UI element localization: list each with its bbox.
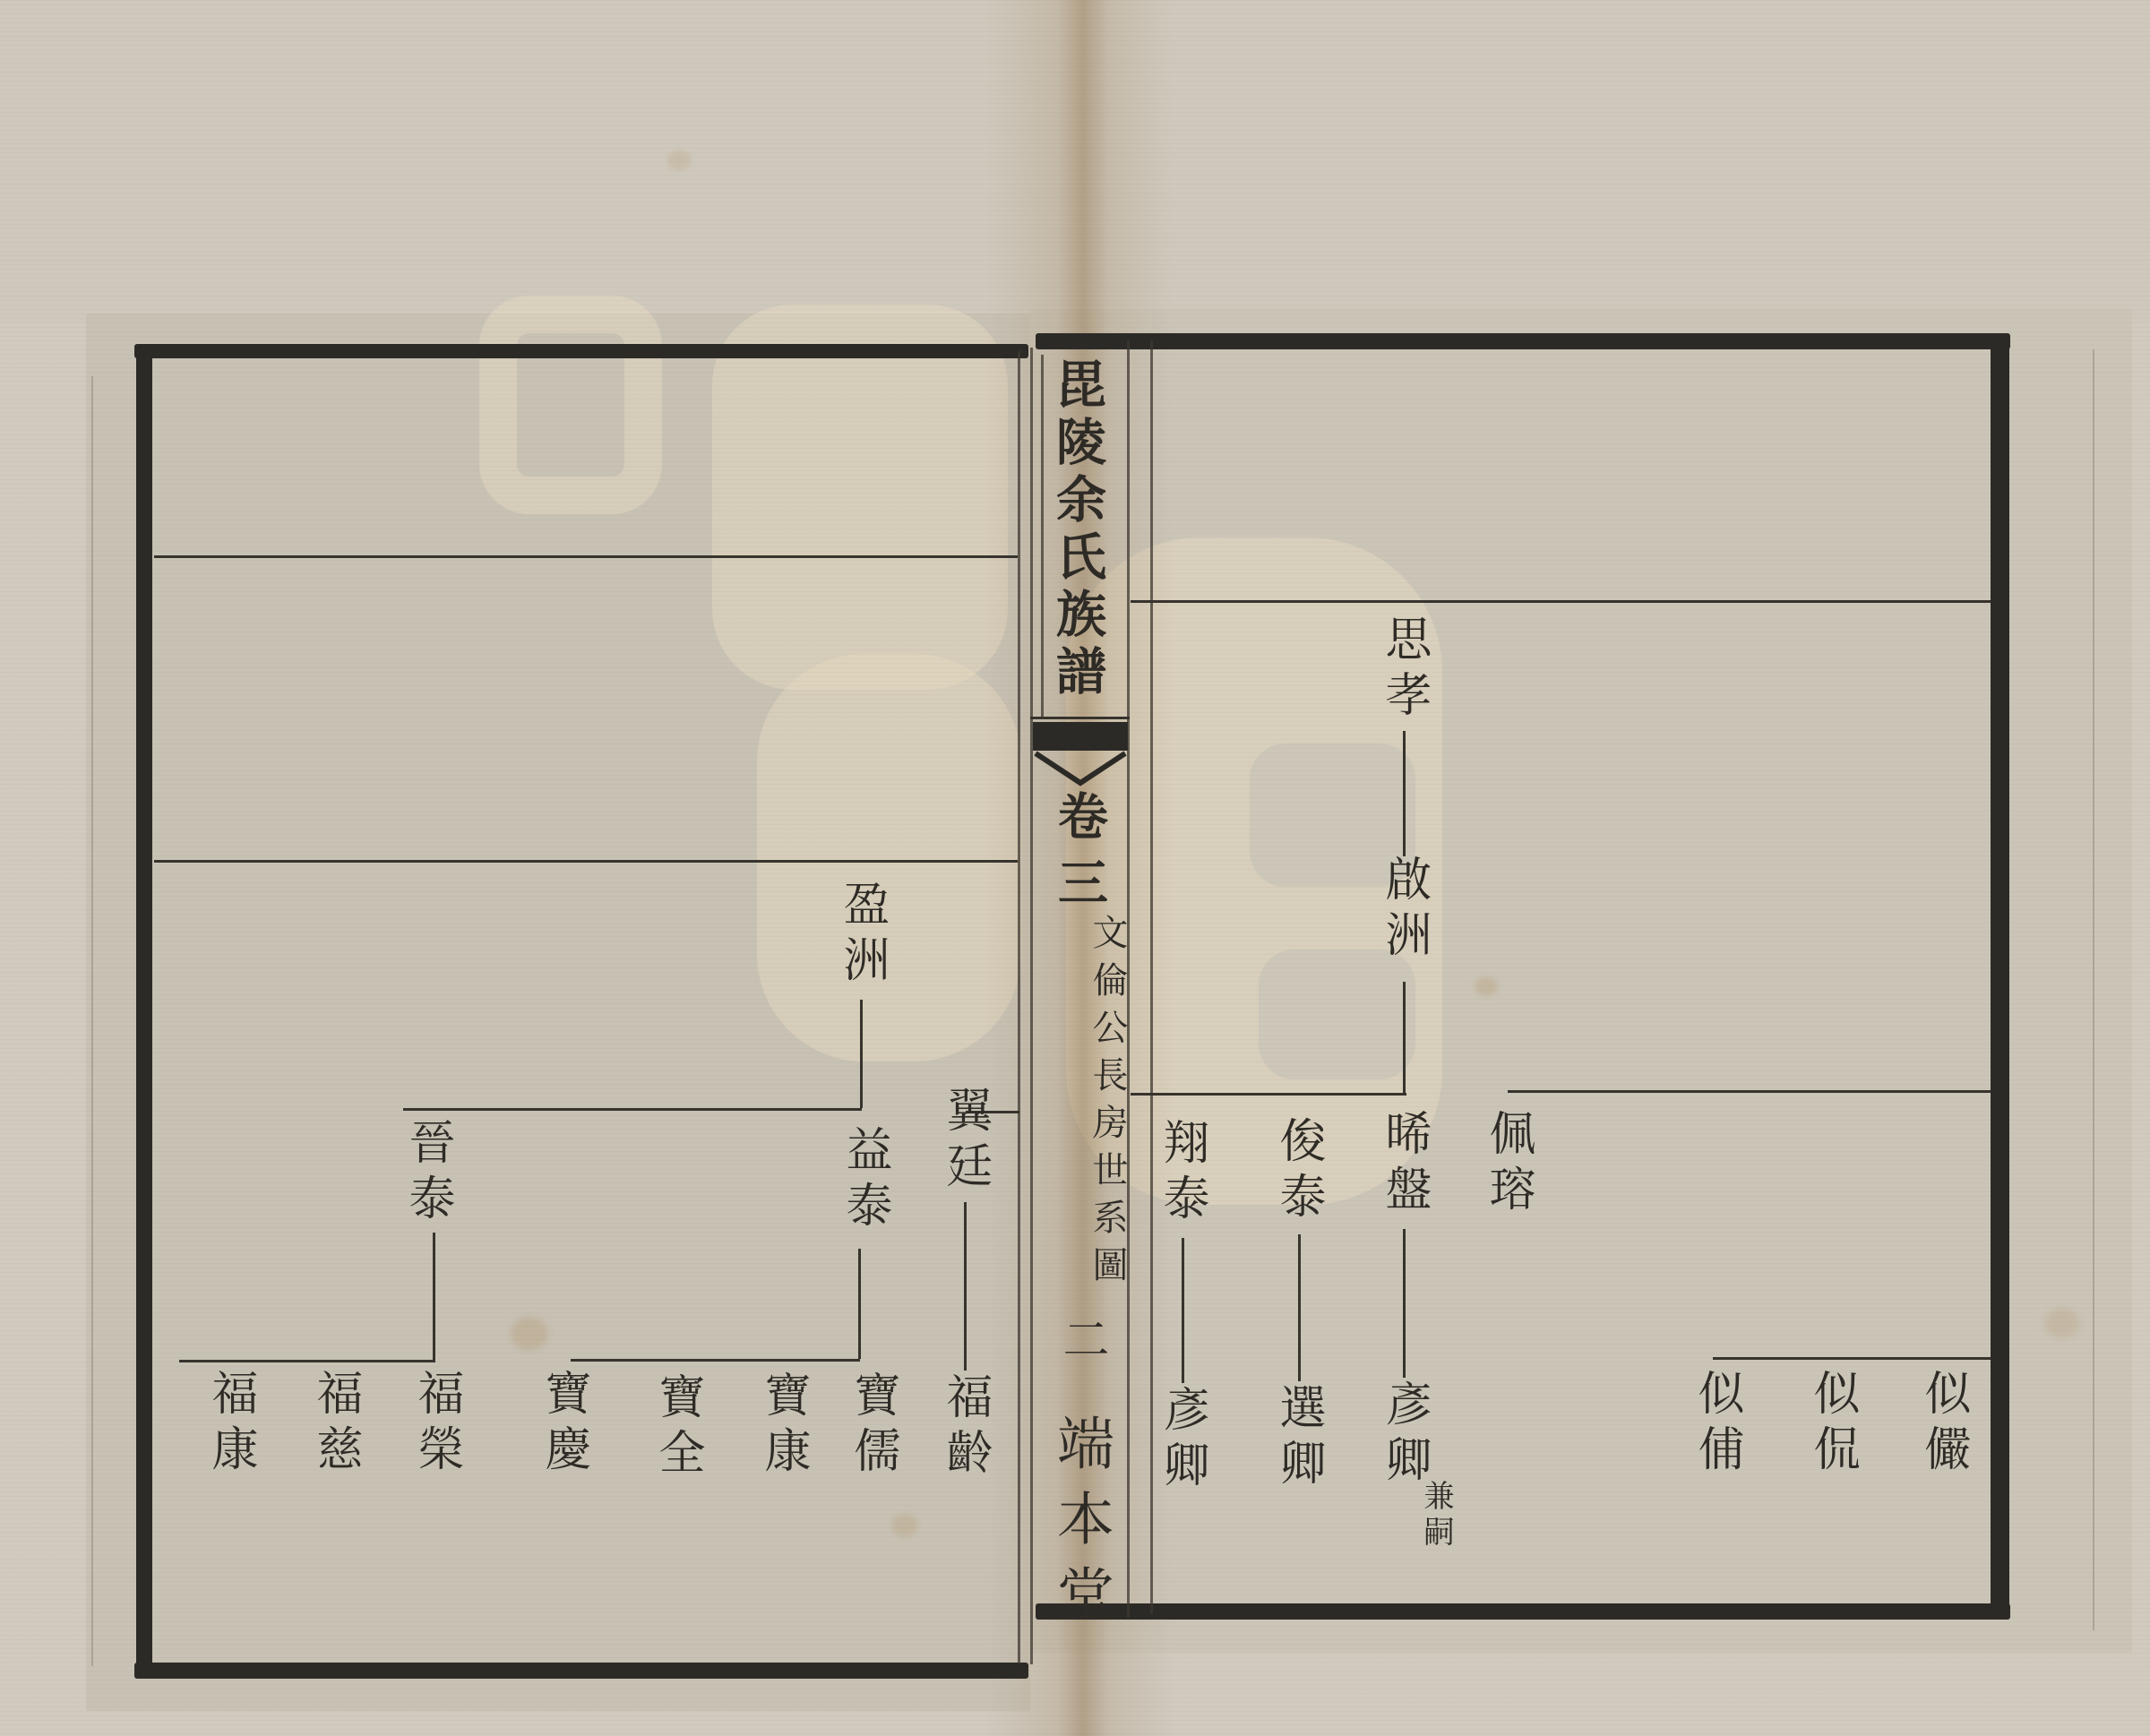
person-name: 寶全 [653,1372,700,1483]
lineage-connector [860,1000,863,1108]
person-name: 翔泰 [1157,1118,1204,1229]
lineage-connector [964,1202,967,1371]
person-name: 福榮 [412,1369,459,1480]
lineage-connector [858,1249,861,1359]
generation-rail [403,1108,862,1111]
generation-rail [154,555,1018,558]
right-page-top-border [1036,333,2010,349]
person-name: 寶慶 [539,1369,586,1480]
section-title: 文倫公長房世系圖 [1089,914,1125,1293]
person-name: 彥卿 [1380,1379,1426,1491]
person-name: 翼廷 [941,1086,987,1197]
person-name: 寶儒 [848,1371,895,1482]
book-title: 毘陵余氏族譜 [1052,358,1102,702]
left-page-top-border [134,344,1028,358]
fishtail-icon [1033,751,1128,788]
title-box-rule [1041,355,1044,718]
page-number: 二 [1057,1315,1104,1362]
left-page-left-border [136,344,152,1679]
heir-note: 兼嗣 [1420,1480,1450,1551]
person-name: 似俌 [1692,1369,1739,1480]
lineage-connector [1182,1238,1184,1383]
person-name: 福慈 [311,1369,357,1480]
generation-rail [1131,1093,1406,1096]
person-name: 似侃 [1808,1369,1854,1480]
person-name: 寶康 [759,1371,805,1482]
person-name: 晞盤 [1380,1109,1426,1220]
lineage-connector [1403,731,1406,856]
page-edge-line [2093,349,2094,1630]
person-name: 思孝 [1380,614,1426,726]
person-name: 啟洲 [1380,855,1426,966]
person-name: 選卿 [1274,1383,1320,1494]
generation-rail [179,1360,435,1362]
column-rule [1150,340,1153,1614]
column-rule [1018,351,1020,1664]
right-page-bottom-border [1036,1603,2010,1620]
person-name: 彥卿 [1157,1385,1204,1496]
person-name: 盈洲 [838,880,884,991]
generation-rail [1713,1357,1991,1360]
hall-name: 端本堂 [1052,1414,1109,1639]
lineage-connector [1298,1234,1301,1381]
column-rule [1030,348,1033,1664]
lineage-connector [1403,982,1406,1093]
person-name: 益泰 [840,1125,887,1236]
person-name: 晉泰 [403,1118,450,1229]
person-name: 佩瑢 [1483,1109,1530,1220]
volume-label: 卷三 [1053,790,1104,923]
lineage-connector [1403,1229,1406,1378]
page-edge-line [91,376,93,1666]
person-name: 福齡 [941,1372,987,1483]
generation-rail [154,860,1018,863]
person-name: 似儼 [1919,1369,1965,1480]
lineage-connector [433,1233,435,1360]
right-page-right-border [1991,333,2009,1620]
title-box-bottom-line [1030,717,1130,719]
generation-rail [1131,600,1991,603]
person-name: 福康 [206,1369,253,1480]
fishtail-icon [1033,722,1128,751]
generation-rail [1508,1090,1991,1093]
scanned-genealogy-spread: 毘陵余氏族譜 卷三 文倫公長房世系圖 二 端本堂 思孝 啟洲 晞盤 彥卿 兼嗣 … [0,0,2150,1736]
generation-rail [571,1359,860,1362]
person-name: 俊泰 [1274,1116,1320,1227]
left-page-bottom-border [134,1663,1028,1679]
